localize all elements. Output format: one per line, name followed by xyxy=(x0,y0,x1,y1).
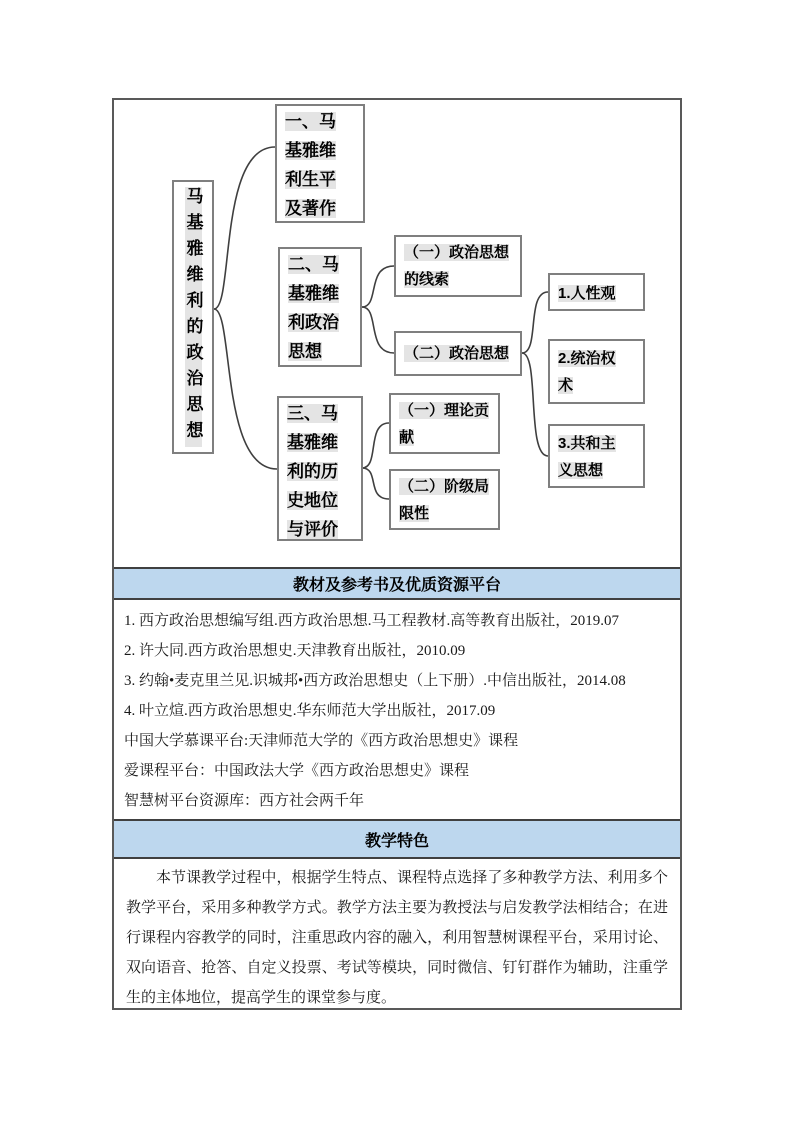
resources-section-header: 教材及参考书及优质资源平台 xyxy=(114,567,680,600)
diagram-mindmap: 马基雅维利的政治思想 一、马 基雅维 利生平 及著作 二、马 基雅维 利政治 思… xyxy=(114,100,680,567)
branch-1-life-works-box: 一、马 基雅维 利生平 及著作 xyxy=(275,104,365,223)
sub-a2-political-thought-box: （二）政治思想 xyxy=(394,331,522,376)
resource-item: 智慧树平台资源库：西方社会两千年 xyxy=(124,786,670,816)
document-page: 马基雅维利的政治思想 一、马 基雅维 利生平 及著作 二、马 基雅维 利政治 思… xyxy=(0,0,794,1123)
sub-c2-class-limitation-box: （二）阶级局 限性 xyxy=(389,469,500,530)
features-section-header: 教学特色 xyxy=(114,819,680,859)
features-header-label: 教学特色 xyxy=(365,828,429,851)
document-table: 马基雅维利的政治思想 一、马 基雅维 利生平 及著作 二、马 基雅维 利政治 思… xyxy=(112,98,682,1010)
resource-item: 爱课程平台：中国政法大学《西方政治思想史》课程 xyxy=(124,756,670,786)
features-section: 本节课教学过程中，根据学生特点、课程特点选择了多种教学方法、利用多个教学平台，采… xyxy=(114,859,680,1010)
resource-item: 4. 叶立煊.西方政治思想史.华东师范大学出版社，2017.09 xyxy=(124,696,670,726)
resource-item: 中国大学慕课平台:天津师范大学的《西方政治思想史》课程 xyxy=(124,726,670,756)
resources-list: 1. 西方政治思想编写组.西方政治思想.马工程教材.高等教育出版社，2019.0… xyxy=(114,600,680,819)
sub-a1-thought-clues-box: （一）政治思想 的线索 xyxy=(394,235,522,297)
features-paragraph: 本节课教学过程中，根据学生特点、课程特点选择了多种教学方法、利用多个教学平台，采… xyxy=(126,863,668,1013)
root-topic-label: 马基雅维利的政治思想 xyxy=(185,187,202,447)
resource-item: 3. 约翰•麦克里兰见.识城邦•西方政治思想史（上下册）.中信出版社，2014.… xyxy=(124,666,670,696)
leaf-2-ruling-craft-box: 2.统治权 术 xyxy=(548,339,645,404)
resources-header-label: 教材及参考书及优质资源平台 xyxy=(293,572,501,595)
resource-item: 2. 许大同.西方政治思想史.天津教育出版社，2010.09 xyxy=(124,636,670,666)
leaf-3-republicanism-box: 3.共和主 义思想 xyxy=(548,424,645,488)
branch-3-status-evaluation-box: 三、马 基雅维 利的历 史地位 与评价 xyxy=(277,396,363,541)
leaf-1-human-nature-box: 1.人性观 xyxy=(548,273,645,311)
resource-item: 1. 西方政治思想编写组.西方政治思想.马工程教材.高等教育出版社，2019.0… xyxy=(124,606,670,636)
sub-c1-theoretical-contribution-box: （一）理论贡 献 xyxy=(389,393,500,454)
branch-2-political-thought-box: 二、马 基雅维 利政治 思想 xyxy=(278,247,362,367)
root-topic-box: 马基雅维利的政治思想 xyxy=(172,180,214,454)
